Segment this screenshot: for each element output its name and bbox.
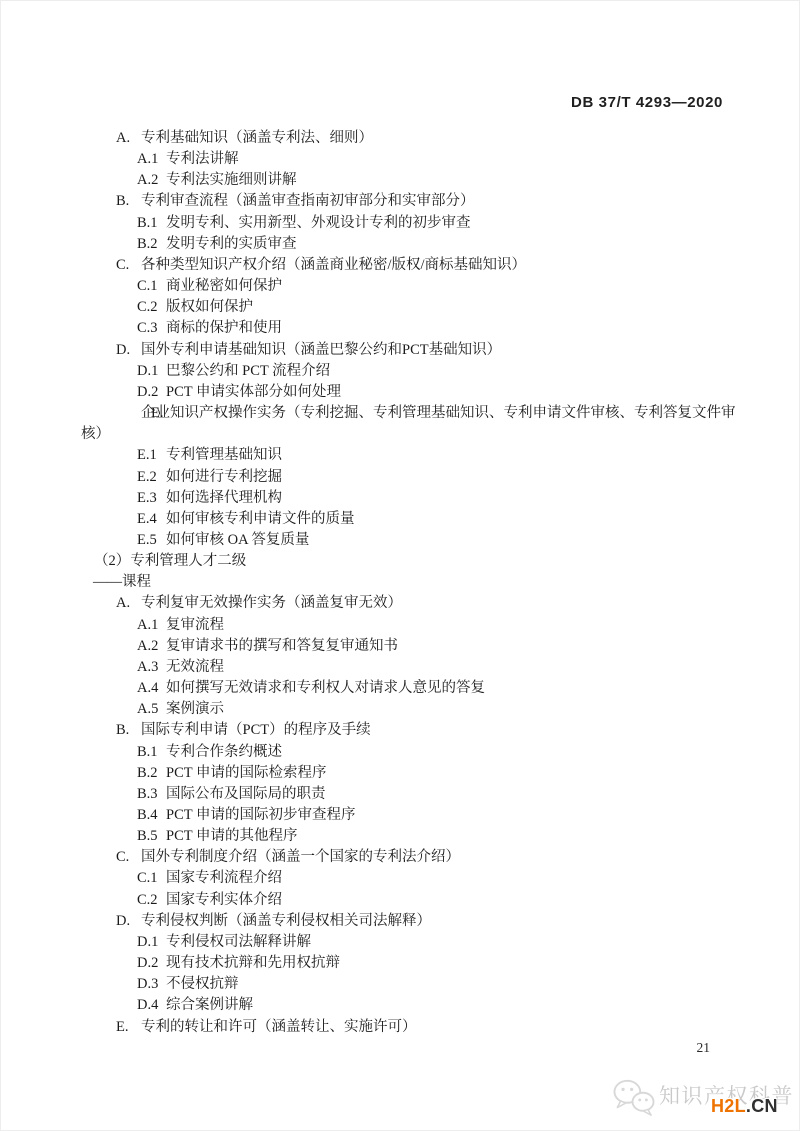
outline-item: A.专利复审无效操作实务（涵盖复审无效） xyxy=(81,593,737,614)
item-label: C.2 xyxy=(137,297,166,318)
item-label: E.2 xyxy=(137,467,166,488)
item-text: 专利管理基础知识 xyxy=(166,447,282,463)
footer-brand: 知识产权科普 H2L.CN xyxy=(611,1076,800,1122)
outline-item: E.专利的转让和许可（涵盖转让、实施许可） xyxy=(81,1017,737,1038)
item-text: 专利的转让和许可（涵盖转让、实施许可） xyxy=(141,1019,417,1035)
item-label: A.2 xyxy=(137,170,166,191)
item-label: A.1 xyxy=(137,149,166,170)
outline-subitem: B.2发明专利的实质审查 xyxy=(81,234,737,255)
item-text: 专利复审无效操作实务（涵盖复审无效） xyxy=(141,595,402,611)
item-text: 如何审核专利申请文件的质量 xyxy=(166,511,355,527)
item-label: B.4 xyxy=(137,805,166,826)
outline-subitem: E.1专利管理基础知识 xyxy=(81,445,737,466)
item-text: 专利审查流程（涵盖审查指南初审部分和实审部分） xyxy=(141,193,475,209)
item-label: D.1 xyxy=(137,932,166,953)
outline-subitem: B.1专利合作条约概述 xyxy=(81,742,737,763)
outline-subitem: C.1商业秘密如何保护 xyxy=(81,276,737,297)
item-text: 案例演示 xyxy=(166,701,224,717)
outline-subitem: D.1专利侵权司法解释讲解 xyxy=(81,932,737,953)
item-label: C. xyxy=(116,847,141,868)
item-label: A.4 xyxy=(137,678,166,699)
item-label: E.3 xyxy=(137,488,166,509)
site-logo: H2L.CN xyxy=(711,1096,778,1117)
item-text: 专利基础知识（涵盖专利法、细则） xyxy=(141,130,373,146)
outline-item: B.国际专利申请（PCT）的程序及手续 xyxy=(81,720,737,741)
item-text: 巴黎公约和 PCT 流程介绍 xyxy=(166,363,330,379)
item-label: B.2 xyxy=(137,763,166,784)
outline-subitem: B.2PCT 申请的国际检索程序 xyxy=(81,763,737,784)
item-label: B.1 xyxy=(137,213,166,234)
item-label: D.4 xyxy=(137,995,166,1016)
item-label: D.2 xyxy=(137,382,166,403)
item-text: 商业秘密如何保护 xyxy=(166,278,282,294)
item-text: 专利合作条约概述 xyxy=(166,744,282,760)
item-text: 无效流程 xyxy=(166,659,224,675)
outline-item: A.专利基础知识（涵盖专利法、细则） xyxy=(81,128,737,149)
item-label: A.5 xyxy=(137,699,166,720)
item-text: 国外专利制度介绍（涵盖一个国家的专利法介绍） xyxy=(141,849,460,865)
item-text: 综合案例讲解 xyxy=(166,997,253,1013)
item-text: 专利侵权司法解释讲解 xyxy=(166,934,311,950)
item-text: PCT 申请的其他程序 xyxy=(166,828,297,844)
item-label: E. xyxy=(116,403,141,424)
item-label: C.1 xyxy=(137,276,166,297)
item-label: E.5 xyxy=(137,530,166,551)
item-text: 复审请求书的撰写和答复复审通知书 xyxy=(166,638,398,654)
item-text: （2）专利管理人才二级 xyxy=(94,553,246,569)
item-text: 各种类型知识产权介绍（涵盖商业秘密/版权/商标基础知识） xyxy=(141,257,526,273)
outline-subitem: E.2如何进行专利挖掘 xyxy=(81,467,737,488)
outline-subitem: A.1专利法讲解 xyxy=(81,149,737,170)
item-label: B.5 xyxy=(137,826,166,847)
item-text: 国际专利申请（PCT）的程序及手续 xyxy=(141,722,371,738)
outline-subitem: A.2复审请求书的撰写和答复复审通知书 xyxy=(81,636,737,657)
logo-suffix: .CN xyxy=(746,1096,778,1116)
outline-lines: A.专利基础知识（涵盖专利法、细则）A.1专利法讲解A.2专利法实施细则讲解B.… xyxy=(81,128,737,1038)
item-label: D.1 xyxy=(137,361,166,382)
item-text: 不侵权抗辩 xyxy=(166,976,239,992)
item-text: 国外专利申请基础知识（涵盖巴黎公约和PCT基础知识） xyxy=(141,342,501,358)
item-text: 现有技术抗辩和先用权抗辩 xyxy=(166,955,340,971)
item-text: 专利侵权判断（涵盖专利侵权相关司法解释） xyxy=(141,913,431,929)
item-text: PCT 申请实体部分如何处理 xyxy=(166,384,341,400)
item-text: 国家专利实体介绍 xyxy=(166,892,282,908)
outline-subitem: E.5如何审核 OA 答复质量 xyxy=(81,530,737,551)
item-text: 版权如何保护 xyxy=(166,299,253,315)
outline-subitem: A.5案例演示 xyxy=(81,699,737,720)
item-label: E. xyxy=(116,1017,141,1038)
outline-item: D.专利侵权判断（涵盖专利侵权相关司法解释） xyxy=(81,911,737,932)
outline-subitem: D.2现有技术抗辩和先用权抗辩 xyxy=(81,953,737,974)
outline-subitem: D.3不侵权抗辩 xyxy=(81,974,737,995)
outline-item: D.国外专利申请基础知识（涵盖巴黎公约和PCT基础知识） xyxy=(81,340,737,361)
outline-subitem: E.3如何选择代理机构 xyxy=(81,488,737,509)
item-label: C.1 xyxy=(137,868,166,889)
item-text: 国际公布及国际局的职责 xyxy=(166,786,326,802)
page-number: 21 xyxy=(697,1040,711,1056)
outline-item: B.专利审查流程（涵盖审查指南初审部分和实审部分） xyxy=(81,191,737,212)
item-label: E.4 xyxy=(137,509,166,530)
item-text: 国家专利流程介绍 xyxy=(166,870,282,886)
item-label: A.1 xyxy=(137,615,166,636)
course-label: ——课程 xyxy=(81,572,737,593)
outline-subitem: D.2PCT 申请实体部分如何处理 xyxy=(81,382,737,403)
document-page: DB 37/T 4293—2020 A.专利基础知识（涵盖专利法、细则）A.1专… xyxy=(0,0,800,1131)
item-label: B.1 xyxy=(137,742,166,763)
item-label: C. xyxy=(116,255,141,276)
item-label: A.2 xyxy=(137,636,166,657)
item-label: A. xyxy=(116,593,141,614)
doc-number: DB 37/T 4293—2020 xyxy=(571,94,723,111)
item-text: 企业知识产权操作实务（专利挖掘、专利管理基础知识、专利申请文件审核、专利答复文件… xyxy=(81,405,736,442)
item-text: 复审流程 xyxy=(166,617,224,633)
item-label: C.2 xyxy=(137,890,166,911)
wechat-icon xyxy=(611,1078,657,1118)
item-text: 专利法实施细则讲解 xyxy=(166,172,297,188)
outline-subitem: A.4如何撰写无效请求和专利权人对请求人意见的答复 xyxy=(81,678,737,699)
item-text: 发明专利、实用新型、外观设计专利的初步审查 xyxy=(166,215,471,231)
item-text: 专利法讲解 xyxy=(166,151,239,167)
outline-subitem: C.1国家专利流程介绍 xyxy=(81,868,737,889)
item-label: D.3 xyxy=(137,974,166,995)
item-text: PCT 申请的国际检索程序 xyxy=(166,765,326,781)
item-text: 商标的保护和使用 xyxy=(166,320,282,336)
outline-subitem: D.4综合案例讲解 xyxy=(81,995,737,1016)
outline-subitem: C.2版权如何保护 xyxy=(81,297,737,318)
outline-item: C.各种类型知识产权介绍（涵盖商业秘密/版权/商标基础知识） xyxy=(81,255,737,276)
item-text: 发明专利的实质审查 xyxy=(166,236,297,252)
outline-subitem: C.2国家专利实体介绍 xyxy=(81,890,737,911)
item-label: A. xyxy=(116,128,141,149)
outline-subitem: A.1复审流程 xyxy=(81,615,737,636)
item-text: 如何撰写无效请求和专利权人对请求人意见的答复 xyxy=(166,680,485,696)
item-label: E.1 xyxy=(137,445,166,466)
outline-item: C.国外专利制度介绍（涵盖一个国家的专利法介绍） xyxy=(81,847,737,868)
item-label: A.3 xyxy=(137,657,166,678)
outline-subitem: A.2专利法实施细则讲解 xyxy=(81,170,737,191)
item-text: 如何审核 OA 答复质量 xyxy=(166,532,309,548)
section-heading: （2）专利管理人才二级 xyxy=(81,551,737,572)
outline-item: E.企业知识产权操作实务（专利挖掘、专利管理基础知识、专利申请文件审核、专利答复… xyxy=(81,403,737,445)
item-text: 如何进行专利挖掘 xyxy=(166,469,282,485)
outline-subitem: B.3国际公布及国际局的职责 xyxy=(81,784,737,805)
item-label: C.3 xyxy=(137,318,166,339)
item-label: B.3 xyxy=(137,784,166,805)
item-label: D. xyxy=(116,911,141,932)
outline-subitem: C.3商标的保护和使用 xyxy=(81,318,737,339)
item-label: B.2 xyxy=(137,234,166,255)
item-text: ——课程 xyxy=(93,574,151,590)
item-label: B. xyxy=(116,191,141,212)
item-text: 如何选择代理机构 xyxy=(166,490,282,506)
outline-subitem: A.3无效流程 xyxy=(81,657,737,678)
item-text: PCT 申请的国际初步审查程序 xyxy=(166,807,355,823)
outline-subitem: B.4PCT 申请的国际初步审查程序 xyxy=(81,805,737,826)
outline-subitem: E.4如何审核专利申请文件的质量 xyxy=(81,509,737,530)
item-label: D.2 xyxy=(137,953,166,974)
logo-main: H2L xyxy=(711,1096,746,1116)
item-label: B. xyxy=(116,720,141,741)
item-label: D. xyxy=(116,340,141,361)
outline-subitem: B.5PCT 申请的其他程序 xyxy=(81,826,737,847)
outline-subitem: D.1巴黎公约和 PCT 流程介绍 xyxy=(81,361,737,382)
outline-subitem: B.1发明专利、实用新型、外观设计专利的初步审查 xyxy=(81,213,737,234)
